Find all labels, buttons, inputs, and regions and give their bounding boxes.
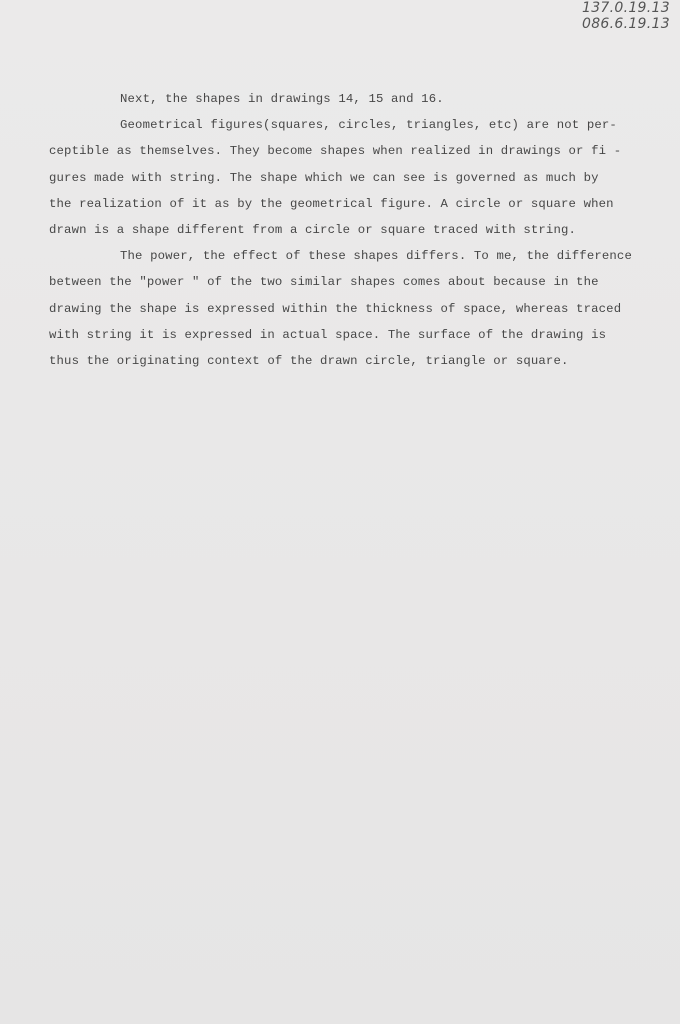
paragraph-3-line: drawing the shape is expressed within th… [49,296,674,322]
paragraph-3-line: thus the originating context of the draw… [49,348,674,374]
paragraph-1-line: Next, the shapes in drawings 14, 15 and … [49,86,674,112]
paragraph-3-line: between the "power " of the two similar … [49,269,674,295]
reference-number: 137.0.19.13 [582,0,670,16]
paragraph-2-line: drawn is a shape different from a circle… [49,217,674,243]
typed-text: Next, the shapes in drawings 14, 15 and … [49,86,674,374]
paragraph-2-line: the realization of it as by the geometri… [49,191,674,217]
archive-reference-numbers: 137.0.19.13 086.6.19.13 [582,0,670,32]
paragraph-2-line: gures made with string. The shape which … [49,165,674,191]
reference-number: 086.6.19.13 [582,16,670,32]
paragraph-2-line: Geometrical figures(squares, circles, tr… [49,112,674,138]
paragraph-3-line: with string it is expressed in actual sp… [49,322,674,348]
paragraph-3-line: The power, the effect of these shapes di… [49,243,674,269]
paragraph-2-line: ceptible as themselves. They become shap… [49,138,674,164]
document-page: 137.0.19.13 086.6.19.13 Next, the shapes… [0,0,680,1024]
